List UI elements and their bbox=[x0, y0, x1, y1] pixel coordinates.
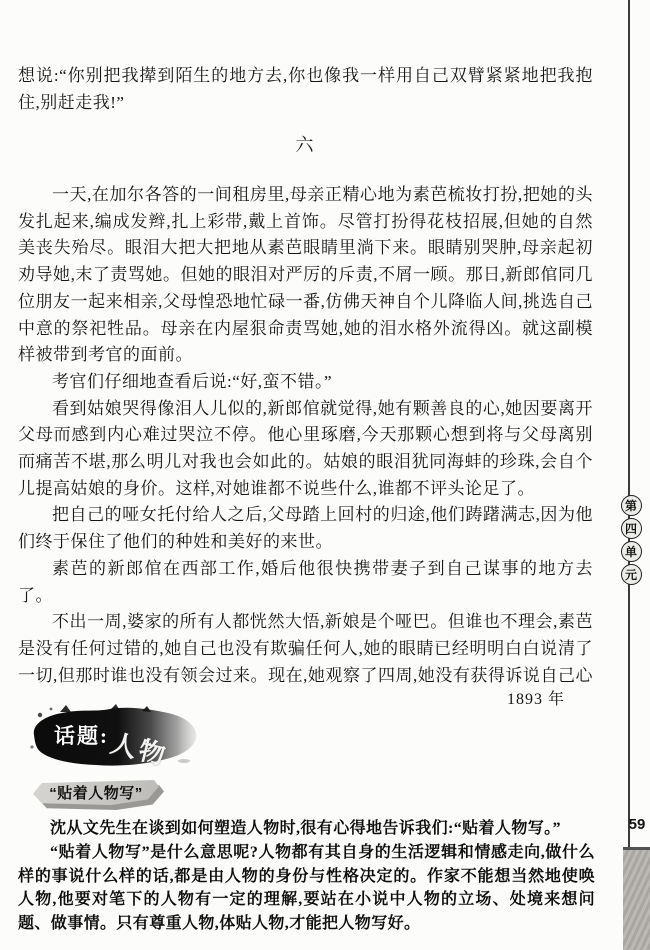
topic-paragraph: “贴着人物写”是什么意思呢?人物都有其自身的生活逻辑和情感走向,做什么样的事说什… bbox=[18, 841, 595, 936]
textbook-page: 想说:“你别把我撵到陌生的地方去,你也像我一样用自己双臂紧紧地把我抱住,别赶走我… bbox=[0, 0, 650, 950]
unit-badge-char: 四 bbox=[621, 518, 642, 539]
unit-label: 第 四 单 元 bbox=[619, 495, 643, 585]
topic-body: 沈从文先生在谈到如何塑造人物时,很有心得地告诉我们:“贴着人物写。” “贴着人物… bbox=[18, 817, 595, 936]
unit-badge-char: 元 bbox=[621, 564, 642, 585]
continuation-paragraph: 想说:“你别把我撵到陌生的地方去,你也像我一样用自己双臂紧紧地把我抱住,别赶走我… bbox=[18, 63, 593, 116]
story-paragraph: 不出一周,婆家的所有人都恍然大悟,新娘是个哑巴。但谁也不理会,素芭是没有任何过错… bbox=[18, 609, 593, 684]
section-number-heading: 六 bbox=[18, 131, 593, 157]
page-edge-tab bbox=[623, 847, 650, 950]
topic-paragraph: 沈从文先生在谈到如何塑造人物时,很有心得地告诉我们:“贴着人物写。” bbox=[18, 817, 595, 841]
continuation-text: 想说:“你别把我撵到陌生的地方去,你也像我一样用自己双臂紧紧地把我抱住,别赶走我… bbox=[18, 63, 593, 116]
story-paragraph: 考官们仔细地查看后说:“好,蛮不错。” bbox=[18, 369, 593, 396]
topic-banner-prefix-label: 话题: bbox=[54, 720, 109, 750]
story-body: 一天,在加尔各答的一间租房里,母亲正精心地为素芭梳妆打扮,把她的头发扎起来,编成… bbox=[18, 182, 593, 684]
story-paragraph: 看到姑娘哭得像泪人儿似的,新郎倌就觉得,她有颗善良的心,她因要离开父母而感到内心… bbox=[18, 396, 593, 503]
unit-divider-rule bbox=[628, 0, 630, 847]
story-paragraph: 素芭的新郎倌在西部工作,婚后他很快携带妻子到自己谋事的地方去了。 bbox=[18, 556, 593, 609]
story-paragraph: 一天,在加尔各答的一间租房里,母亲正精心地为素芭梳妆打扮,把她的头发扎起来,编成… bbox=[18, 182, 593, 369]
unit-badge-char: 单 bbox=[621, 541, 642, 562]
unit-badge-char: 第 bbox=[621, 495, 642, 516]
subtopic-ribbon: “贴着人物写” bbox=[33, 780, 165, 812]
story-paragraph: 把自己的哑女托付给人之后,父母踏上回村的归途,他们踌躇满志,因为他们终于保住了他… bbox=[18, 502, 593, 555]
page-number: 59 bbox=[626, 816, 648, 833]
subtopic-ribbon-label: “贴着人物写” bbox=[33, 781, 159, 804]
topic-banner: 话题: 人物 bbox=[24, 703, 202, 773]
